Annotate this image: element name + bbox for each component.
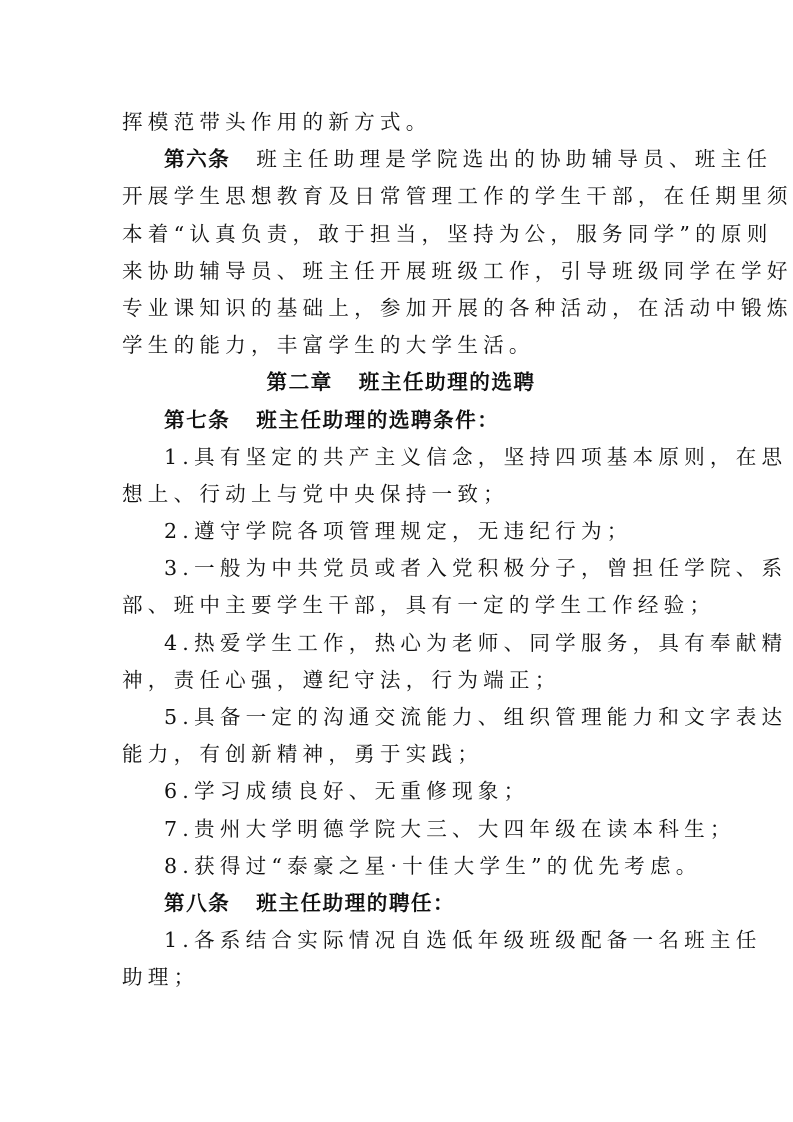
paragraph-line: 挥模范带头作用的新方式。	[122, 104, 680, 141]
article-8-heading: 第八条班主任助理的聘任：	[122, 885, 680, 922]
document-page: 挥模范带头作用的新方式。 第六条班主任助理是学院选出的协助辅导员、班主任 开展学…	[122, 104, 680, 997]
condition-4-cont: 神，责任心强，遵纪守法，行为端正；	[122, 662, 680, 699]
condition-3-cont: 部、班中主要学生干部，具有一定的学生工作经验；	[122, 587, 680, 624]
article-7-title: 班主任助理的选聘条件：	[256, 408, 499, 432]
article-6-text: 班主任助理是学院选出的协助辅导员、班主任	[256, 147, 772, 171]
condition-3: 3.一般为中共党员或者入党积极分子，曾担任学院、系	[122, 550, 680, 587]
article-7-label: 第七条	[164, 408, 230, 432]
condition-2: 2.遵守学院各项管理规定，无违纪行为；	[122, 513, 680, 550]
condition-5-cont: 能力，有创新精神，勇于实践；	[122, 736, 680, 773]
appointment-1: 1.各系结合实际情况自选低年级班级配备一名班主任	[122, 922, 680, 959]
paragraph-line: 开展学生思想教育及日常管理工作的学生干部，在任期里须	[122, 178, 680, 215]
chapter-2-label: 第二章	[266, 370, 332, 394]
chapter-2-title: 班主任助理的选聘	[359, 370, 536, 394]
article-8-label: 第八条	[164, 891, 230, 915]
paragraph-line: 专业课知识的基础上，参加开展的各种活动，在活动中锻炼	[122, 290, 680, 327]
chapter-2-heading: 第二章班主任助理的选聘	[122, 364, 680, 401]
appointment-1-cont: 助理；	[122, 959, 680, 996]
article-6-first-line: 第六条班主任助理是学院选出的协助辅导员、班主任	[122, 141, 680, 178]
paragraph-line: 学生的能力，丰富学生的大学生活。	[122, 327, 680, 364]
condition-1-cont: 想上、行动上与党中央保持一致；	[122, 476, 680, 513]
article-7-heading: 第七条班主任助理的选聘条件：	[122, 402, 680, 439]
condition-5: 5.具备一定的沟通交流能力、组织管理能力和文字表达	[122, 699, 680, 736]
condition-7: 7.贵州大学明德学院大三、大四年级在读本科生；	[122, 811, 680, 848]
paragraph-line: 本着“认真负责，敢于担当，坚持为公，服务同学”的原则	[122, 216, 680, 253]
condition-4: 4.热爱学生工作，热心为老师、同学服务，具有奉献精	[122, 625, 680, 662]
article-6-label: 第六条	[164, 147, 230, 171]
article-8-title: 班主任助理的聘任：	[256, 891, 455, 915]
condition-1: 1.具有坚定的共产主义信念，坚持四项基本原则，在思	[122, 439, 680, 476]
condition-6: 6.学习成绩良好、无重修现象；	[122, 773, 680, 810]
paragraph-line: 来协助辅导员、班主任开展班级工作，引导班级同学在学好	[122, 253, 680, 290]
condition-8: 8.获得过“泰豪之星·十佳大学生”的优先考虑。	[122, 848, 680, 885]
